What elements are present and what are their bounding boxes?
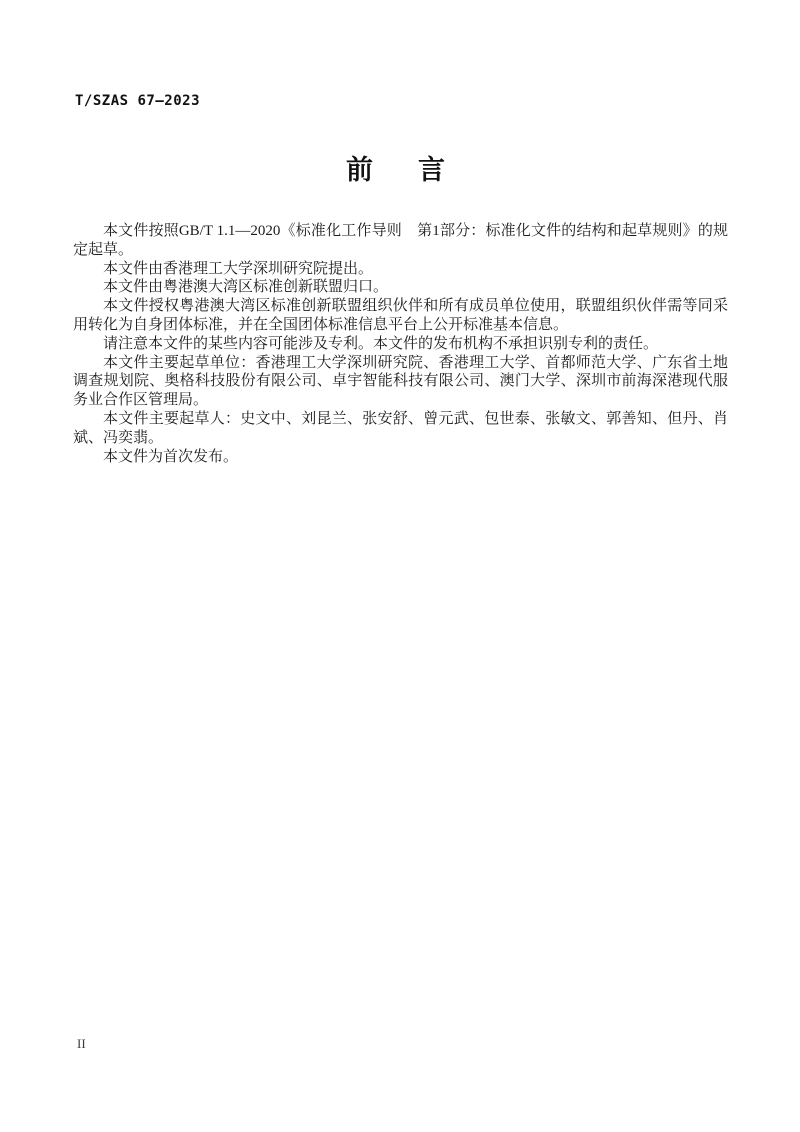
- page-title: 前 言: [0, 148, 800, 187]
- foreword-paragraph: 本文件由香港理工大学深圳研究院提出。: [73, 260, 728, 279]
- document-page: T/SZAS 67—2023 前 言 本文件按照GB/T 1.1—2020《标准…: [0, 0, 800, 1132]
- foreword-paragraph: 本文件主要起草单位：香港理工大学深圳研究院、香港理工大学、首都师范大学、广东省土…: [73, 354, 728, 410]
- foreword-paragraph: 本文件由粤港澳大湾区标准创新联盟归口。: [73, 278, 728, 297]
- foreword-paragraph: 本文件授权粤港澳大湾区标准创新联盟组织伙伴和所有成员单位使用，联盟组织伙伴需等同…: [73, 297, 728, 335]
- foreword-paragraph: 本文件主要起草人：史文中、刘昆兰、张安舒、曾元武、包世泰、张敏文、郭善知、但丹、…: [73, 410, 728, 448]
- foreword-paragraph: 请注意本文件的某些内容可能涉及专利。本文件的发布机构不承担识别专利的责任。: [73, 335, 728, 354]
- foreword-body: 本文件按照GB/T 1.1—2020《标准化工作导则 第1部分：标准化文件的结构…: [73, 222, 728, 466]
- foreword-paragraph: 本文件为首次发布。: [73, 448, 728, 467]
- doc-number: T/SZAS 67—2023: [75, 93, 200, 109]
- page-number: II: [77, 1036, 86, 1052]
- foreword-paragraph: 本文件按照GB/T 1.1—2020《标准化工作导则 第1部分：标准化文件的结构…: [73, 222, 728, 260]
